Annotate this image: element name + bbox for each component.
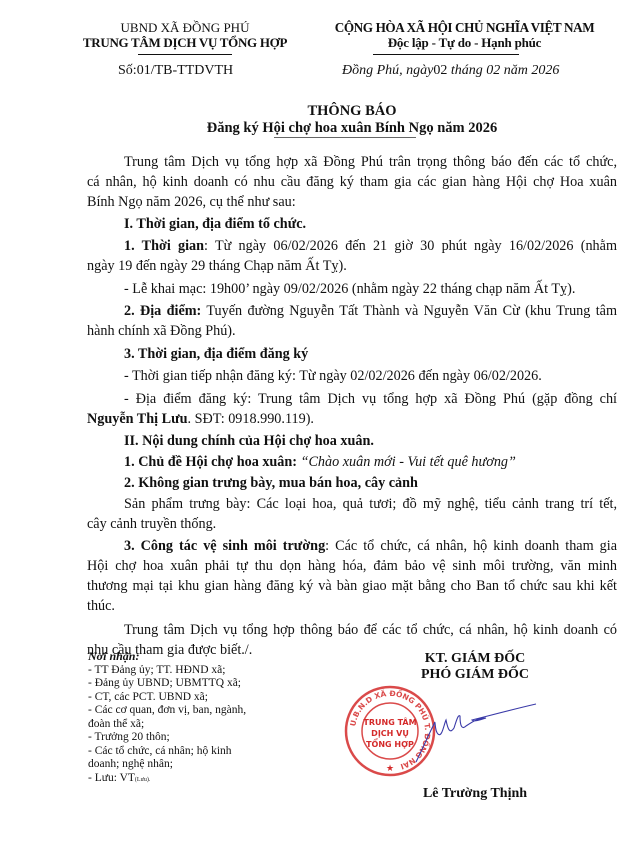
environment-line-3: thương mại tại khu gian hàng đăng ký và … xyxy=(87,576,617,596)
recipient-item: đoàn thể xã; xyxy=(88,718,246,732)
registration-place-line-1: - Địa điểm đăng ký: Trung tâm Dịch vụ tổ… xyxy=(87,389,617,409)
section-1-heading: I. Thời gian, địa điểm tổ chức. xyxy=(87,214,617,234)
svg-text:★: ★ xyxy=(386,763,394,773)
location-line-1: 2. Địa điểm: Tuyến đường Nguyễn Tất Thàn… xyxy=(87,301,617,321)
location-label: 2. Địa điểm: xyxy=(124,303,201,319)
doc-title: THÔNG BÁO xyxy=(87,103,617,120)
recipient-item: - Các tổ chức, cá nhân; hộ kinh xyxy=(88,745,246,759)
theme-label: 1. Chủ đề Hội chợ hoa xuân: xyxy=(124,454,297,470)
signature-title-2: PHÓ GIÁM ĐỐC xyxy=(360,666,590,683)
doc-number-suffix: /TB-TTDVTH xyxy=(151,63,233,78)
agency-parent: UBND XÃ ĐỒNG PHÚ xyxy=(60,20,310,35)
doc-subtitle: Đăng ký Hội chợ hoa xuân Bính Ngọ năm 20… xyxy=(87,120,617,137)
recipient-item: - TT Đảng ủy; TT. HĐND xã; xyxy=(88,664,246,678)
recipients: Nơi nhận: - TT Đảng ủy; TT. HĐND xã; - Đ… xyxy=(88,650,246,787)
intro-line-1: Trung tâm Dịch vụ tổng hợp xã Đồng Phú t… xyxy=(87,152,617,172)
handwritten-signature xyxy=(400,700,540,770)
location-value: Tuyến đường Nguyễn Tất Thành và Nguyễn V… xyxy=(201,303,617,319)
recipient-item: - Trưởng 20 thôn; xyxy=(88,731,246,745)
recipient-item: - Các cơ quan, đơn vị, ban, ngành, xyxy=(88,704,246,718)
time-value: : Từ ngày 06/02/2026 đến 21 giờ 30 phút … xyxy=(204,238,617,254)
agency-name: TRUNG TÂM DỊCH VỤ TỔNG HỢP xyxy=(60,35,310,50)
space-heading: 2. Không gian trưng bày, mua bán hoa, câ… xyxy=(87,473,617,493)
nation-name: CỘNG HÒA XÃ HỘI CHỦ NGHĨA VIỆT NAM xyxy=(312,20,617,35)
header-left: UBND XÃ ĐỒNG PHÚ TRUNG TÂM DỊCH VỤ TỔNG … xyxy=(60,20,310,50)
intro-line-3: Bính Ngọ năm 2026, cụ thể như sau: xyxy=(87,192,617,212)
environment-line-1: 3. Công tác vệ sinh môi trường: Các tổ c… xyxy=(87,536,617,556)
recipient-item: - CT, các PCT. UBND xã; xyxy=(88,691,246,705)
signature-title-1: KT. GIÁM ĐỐC xyxy=(360,650,590,667)
opening-ceremony: - Lễ khai mạc: 19h00’ ngày 09/02/2026 (n… xyxy=(87,279,617,299)
archive-label: - Lưu: VT xyxy=(88,772,135,784)
environment-value: : Các tổ chức, cá nhân, hộ kinh doanh th… xyxy=(325,538,617,554)
doc-number-value: 01 xyxy=(137,63,151,78)
time-line-2: ngày 19 đến ngày 29 tháng Chạp năm Ất Tỵ… xyxy=(87,256,617,276)
contact-phone: . SĐT: 0918.990.119). xyxy=(188,411,314,427)
recipient-item: doanh; nghệ nhân; xyxy=(88,758,246,772)
header-right: CỘNG HÒA XÃ HỘI CHỦ NGHĨA VIỆT NAM Độc l… xyxy=(312,20,617,50)
products-line-2: cây cảnh truyền thống. xyxy=(87,514,617,534)
contact-name: Nguyễn Thị Lưu xyxy=(87,411,188,427)
section-2-heading: II. Nội dung chính của Hội chợ hoa xuân. xyxy=(87,431,617,451)
document-number: Số:01/TB-TTDVTH xyxy=(118,63,233,79)
products-line-1: Sản phẩm trưng bày: Các loại hoa, quả tư… xyxy=(87,494,617,514)
environment-line-4: thúc. xyxy=(87,596,617,616)
environment-line-2: Hội chợ hoa xuân phải tự thu dọn hàng hó… xyxy=(87,556,617,576)
agency-underline xyxy=(138,54,232,55)
recipients-title: Nơi nhận: xyxy=(88,650,246,664)
location-line-2: hành chính xã Đồng Phú). xyxy=(87,321,617,341)
archive-note: (Lưu). xyxy=(135,777,150,783)
doc-number-prefix: Số: xyxy=(118,63,137,78)
registration-heading: 3. Thời gian, địa điểm đăng ký xyxy=(87,344,617,364)
recipient-item: - Đảng ủy UBND; UBMTTQ xã; xyxy=(88,677,246,691)
time-line-1: 1. Thời gian: Từ ngày 06/02/2026 đến 21 … xyxy=(87,236,617,256)
theme-value: “Chào xuân mới - Vui tết quê hương” xyxy=(297,454,516,470)
place-date: Đồng Phú, ngày02 tháng 02 năm 2026 xyxy=(342,63,559,79)
recipient-archive: - Lưu: VT(Lưu). xyxy=(88,772,246,788)
theme-line: 1. Chủ đề Hội chợ hoa xuân: “Chào xuân m… xyxy=(87,452,617,472)
signer-name: Lê Trường Thịnh xyxy=(360,786,590,802)
motto-underline xyxy=(373,54,519,55)
time-label: 1. Thời gian xyxy=(124,238,204,254)
closing-line-1: Trung tâm Dịch vụ tổng hợp thông báo để … xyxy=(87,620,617,640)
place-date-prefix: Đồng Phú, ngày xyxy=(342,63,433,78)
intro-line-2: cá nhân, hộ kinh doanh có nhu cầu đăng k… xyxy=(87,172,617,192)
environment-label: 3. Công tác vệ sinh môi trường xyxy=(124,538,325,554)
place-date-rest: tháng 02 năm 2026 xyxy=(451,63,560,78)
subtitle-underline xyxy=(274,137,416,138)
registration-time: - Thời gian tiếp nhận đăng ký: Từ ngày 0… xyxy=(87,366,617,386)
motto: Độc lập - Tự do - Hạnh phúc xyxy=(312,35,617,50)
registration-contact: Nguyễn Thị Lưu. SĐT: 0918.990.119). xyxy=(87,409,617,429)
place-date-day: 02 xyxy=(433,63,447,78)
